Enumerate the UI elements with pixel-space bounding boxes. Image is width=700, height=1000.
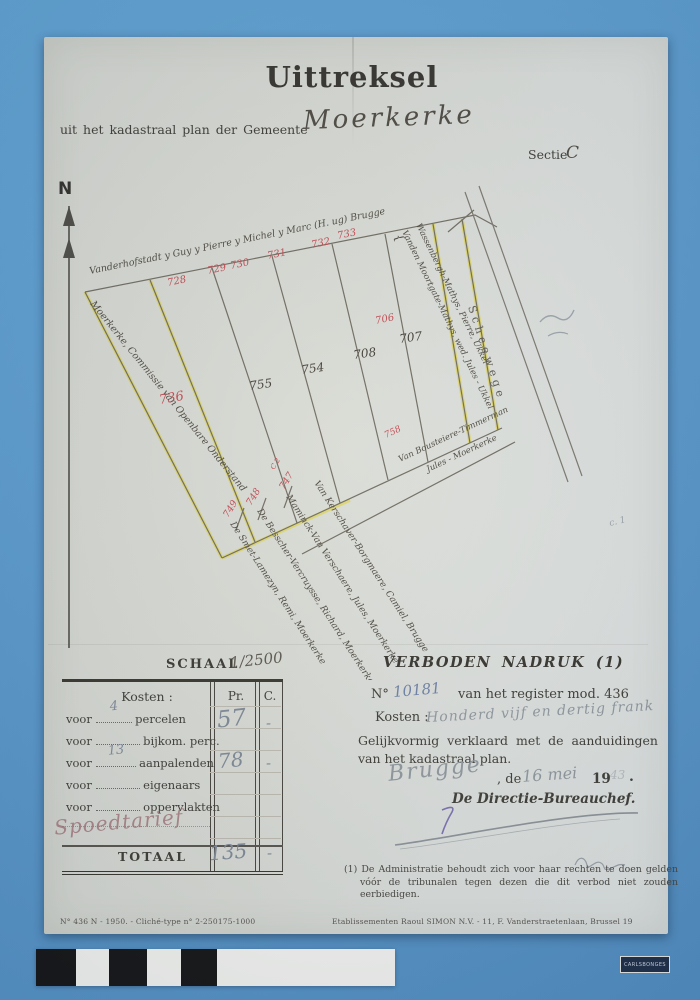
handwritten-amount: 78: [217, 747, 244, 773]
form-reference: N° 436 N - 1950. - Cliché-type n° 2-2501…: [60, 917, 255, 926]
table-line: [62, 845, 283, 847]
north-arrow: N: [58, 179, 75, 648]
cost-table: Kosten : Pr. C. voor 4 percelen voor bij…: [62, 679, 283, 875]
parcel-number: 707: [398, 329, 423, 346]
table-line: [255, 682, 256, 871]
scale-square-black: [181, 949, 217, 986]
parcel-number-red: 706: [374, 312, 396, 327]
col-c-header: C.: [260, 689, 280, 703]
parcel-number-red: 728: [166, 274, 187, 289]
handwritten-count: 13: [107, 742, 125, 758]
sectie-value-handwritten: C: [566, 143, 579, 163]
parcel-number: 754: [300, 360, 325, 377]
row-label: aanpalenden: [139, 756, 214, 770]
municipality-handwritten: Moerkerke: [303, 100, 476, 136]
row-label: percelen: [135, 712, 186, 726]
handwritten-total: -: [267, 844, 272, 862]
plan-subtitle: uit het kadastraal plan der Gemeente: [60, 122, 308, 137]
table-line: [259, 682, 260, 871]
photo-scale-bar: [36, 949, 395, 986]
table-row: voor 13 aanpalenden: [66, 756, 214, 770]
parcel-number-red: 729: [206, 262, 228, 277]
table-row: voor bijkom. perc.: [66, 734, 220, 748]
scale-label: SCHAAL: [166, 657, 239, 672]
col-pr-header: Pr.: [216, 689, 256, 703]
kosten-label: Kosten :: [375, 710, 429, 725]
table-line: [210, 794, 281, 795]
row-prefix: voor: [66, 778, 92, 792]
parcel-number-red: 748: [244, 486, 263, 507]
dotted-fill: 13: [96, 756, 136, 767]
parcel-number-red: 732: [310, 236, 331, 251]
total-label: TOTAAL: [118, 849, 187, 864]
row-prefix: voor: [66, 712, 92, 726]
page-title: Uittreksel: [252, 60, 452, 94]
table-line: [210, 816, 281, 817]
ink-check-mark: [442, 807, 453, 834]
cadastral-sketch: N: [50, 170, 670, 680]
parcel-number-red: 758: [383, 424, 403, 440]
parcel-number: 755: [248, 376, 273, 393]
handwritten-count: 4: [109, 699, 119, 715]
parcel-number: 708: [352, 345, 377, 362]
inventory-label: CARLSBONGES: [620, 956, 670, 973]
scale-square-white: [76, 949, 109, 986]
parcel-number-red: 733: [336, 227, 357, 242]
dotted-fill: 4: [96, 712, 132, 723]
handwritten-total: 135: [208, 839, 248, 866]
parcel-annotation-red: C 2: [269, 456, 282, 471]
scale-square-black: [36, 949, 76, 986]
dotted-fill: [96, 778, 140, 789]
handwritten-amount: -: [266, 714, 271, 732]
pencil-scribbles: c. 1: [540, 310, 627, 529]
row-prefix: voor: [66, 734, 92, 748]
photo-of-document: Uittreksel uit het kadastraal plan der G…: [0, 0, 700, 1000]
parcel-number-red: 731: [266, 247, 287, 262]
row-label: bijkom. perc.: [143, 734, 219, 748]
printer-credit: Etablissementen Raoul SIMON N.V. - 11, F…: [332, 917, 633, 926]
pencil-note: c. 1: [608, 515, 626, 529]
table-row: voor 4 percelen: [66, 712, 186, 726]
scale-square-black: [109, 949, 147, 986]
inventory-label-text: CARLSBONGES: [624, 962, 666, 968]
table-row: voor eigenaars: [66, 778, 200, 792]
north-letter: N: [58, 179, 72, 199]
register-no-label: N°: [371, 687, 389, 702]
verboden-nadruk-notice: VERBODEN NADRUK (1): [383, 654, 624, 671]
scale-square-white: [147, 949, 181, 986]
handwritten-amount: -: [266, 754, 271, 772]
row-prefix: voor: [66, 756, 92, 770]
scale-bar-white-strip: [217, 949, 395, 986]
parcel-number-red: 730: [229, 257, 251, 272]
footnote: (1) De Administratie behoudt zich voor h…: [344, 864, 678, 902]
row-label: eigenaars: [143, 778, 200, 792]
sectie-label: Sectie: [528, 147, 567, 162]
table-line: [282, 682, 284, 871]
handwritten-amount: 57: [216, 705, 248, 734]
